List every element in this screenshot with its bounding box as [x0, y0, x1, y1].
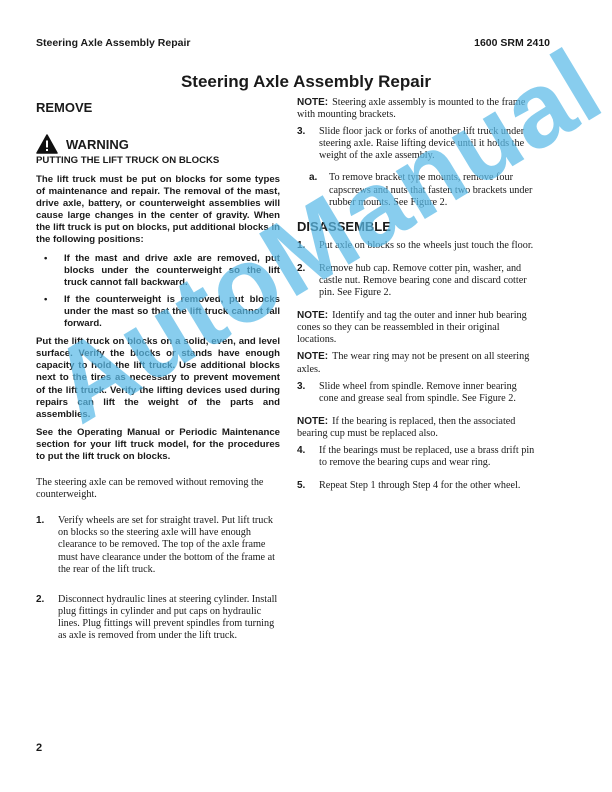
warning-paragraph-1: The lift truck must be put on blocks for… — [36, 174, 280, 247]
warning-box: WARNING PUTTING THE LIFT TRUCK ON BLOCKS… — [36, 133, 280, 463]
page-title: Steering Axle Assembly Repair — [0, 72, 612, 92]
step-number: 5. — [297, 480, 305, 492]
note-text: If the bearing is replaced, then the ass… — [297, 416, 515, 439]
note-label: NOTE: — [297, 97, 328, 108]
note-text: Steering axle assembly is mounted to the… — [297, 97, 525, 120]
note: NOTE:Steering axle assembly is mounted t… — [297, 97, 537, 121]
note-text: The wear ring may not be present on all … — [297, 351, 529, 374]
step-number: 2. — [297, 263, 305, 275]
step-number: 4. — [297, 445, 305, 457]
remove-step: 3. Slide floor jack or forks of another … — [297, 126, 537, 162]
section-heading-disassemble: DISASSEMBLE — [297, 219, 537, 234]
running-header-title: Steering Axle Assembly Repair — [36, 37, 190, 49]
remove-substep: a. To remove bracket type mounts, remove… — [297, 172, 537, 208]
warning-bullet: If the mast and drive axle are removed, … — [64, 253, 280, 289]
running-header: Steering Axle Assembly Repair 1600 SRM 2… — [36, 37, 576, 51]
note-label: NOTE: — [297, 416, 328, 427]
step-text: Repeat Step 1 through Step 4 for the oth… — [319, 480, 520, 491]
note-label: NOTE: — [297, 351, 328, 362]
section-heading-remove: REMOVE — [36, 100, 280, 115]
page-number: 2 — [36, 742, 42, 754]
note: NOTE:The wear ring may not be present on… — [297, 351, 537, 375]
disassemble-step: 1. Put axle on blocks so the wheels just… — [297, 240, 537, 252]
disassemble-step: 5. Repeat Step 1 through Step 4 for the … — [297, 480, 537, 492]
warning-bullet-list: If the mast and drive axle are removed, … — [36, 253, 280, 331]
running-header-doc-number: 1600 SRM 2410 — [474, 37, 550, 49]
substep-text: To remove bracket type mounts, remove fo… — [329, 172, 532, 207]
warning-title: WARNING — [66, 137, 129, 152]
step-number: 1. — [36, 515, 44, 527]
step-text: Verify wheels are set for straight trave… — [58, 515, 275, 574]
right-column: NOTE:Steering axle assembly is mounted t… — [297, 97, 537, 492]
step-number: 3. — [297, 381, 305, 393]
note: NOTE:Identify and tag the outer and inne… — [297, 310, 537, 346]
remove-step: 2. Disconnect hydraulic lines at steerin… — [36, 594, 280, 642]
note: NOTE:If the bearing is replaced, then th… — [297, 416, 537, 440]
step-text: Remove hub cap. Remove cotter pin, washe… — [319, 263, 527, 298]
warning-paragraph-3: See the Operating Manual or Periodic Mai… — [36, 427, 280, 463]
disassemble-step: 2. Remove hub cap. Remove cotter pin, wa… — [297, 263, 537, 299]
remove-intro-text: The steering axle can be removed without… — [36, 477, 280, 501]
warning-triangle-icon — [36, 134, 58, 154]
disassemble-step: 3. Slide wheel from spindle. Remove inne… — [297, 381, 537, 405]
step-text: Put axle on blocks so the wheels just to… — [319, 240, 533, 251]
warning-subtitle: PUTTING THE LIFT TRUCK ON BLOCKS — [36, 155, 280, 166]
remove-step: 1. Verify wheels are set for straight tr… — [36, 515, 280, 575]
step-number: 3. — [297, 126, 305, 138]
left-column: REMOVE WARNING PUTTING THE LIFT TRUCK ON… — [36, 97, 280, 642]
substep-letter: a. — [309, 172, 317, 184]
step-number: 2. — [36, 594, 44, 606]
step-number: 1. — [297, 240, 305, 252]
disassemble-step: 4. If the bearings must be replaced, use… — [297, 445, 537, 469]
note-text: Identify and tag the outer and inner hub… — [297, 310, 527, 345]
warning-title-row: WARNING — [36, 133, 280, 155]
step-text: Slide floor jack or forks of another lif… — [319, 126, 524, 161]
note-label: NOTE: — [297, 310, 328, 321]
step-text: Disconnect hydraulic lines at steering c… — [58, 594, 277, 641]
warning-body: The lift truck must be put on blocks for… — [36, 174, 280, 463]
step-text: If the bearings must be replaced, use a … — [319, 445, 534, 468]
step-text: Slide wheel from spindle. Remove inner b… — [319, 381, 517, 404]
warning-paragraph-2: Put the lift truck on blocks on a solid,… — [36, 336, 280, 421]
warning-bullet: If the counterweight is removed, put blo… — [64, 294, 280, 330]
